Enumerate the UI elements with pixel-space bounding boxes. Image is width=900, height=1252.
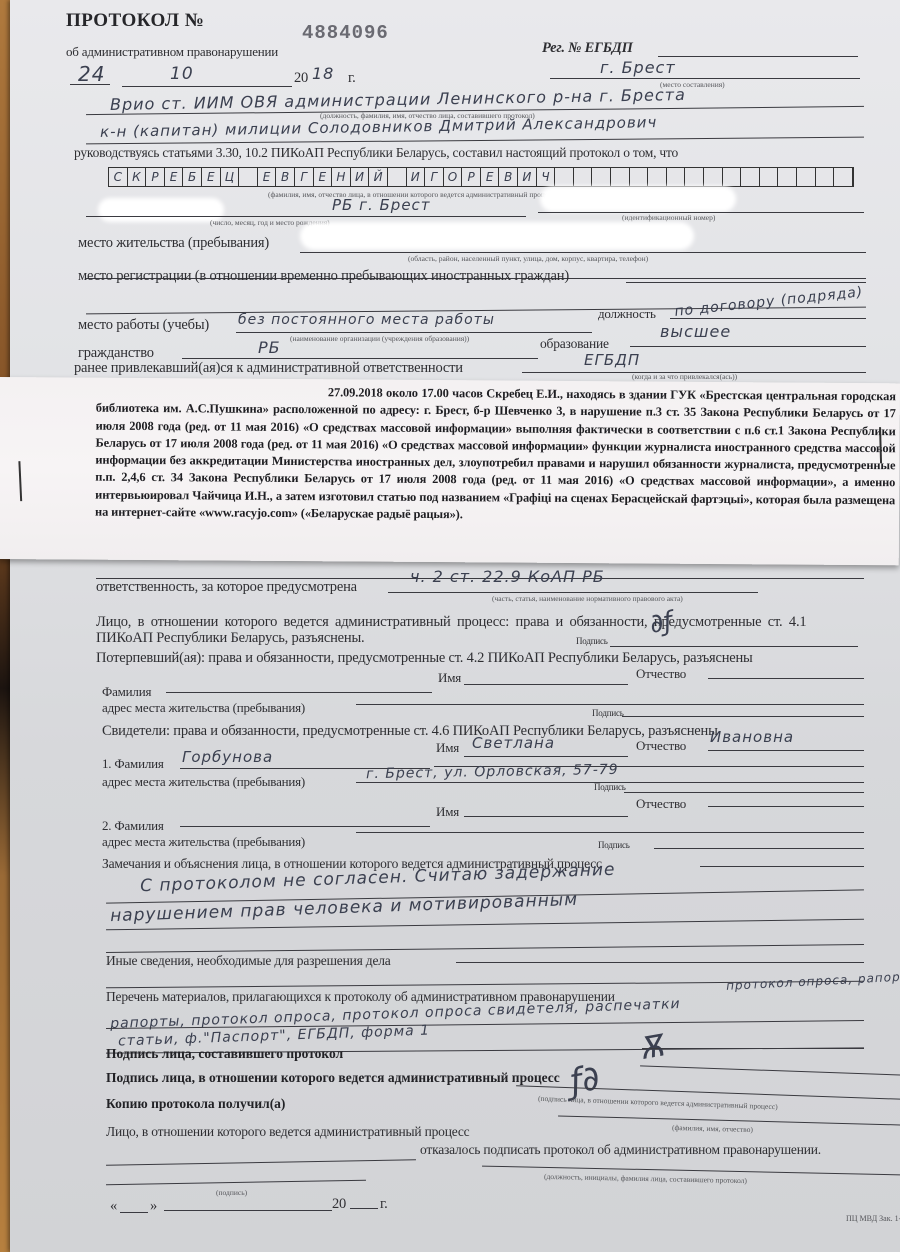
witness1-address-label: адрес места жительства (пребывания) bbox=[102, 774, 305, 790]
protocol-title: ПРОТОКОЛ № bbox=[66, 10, 204, 32]
name-char-box[interactable] bbox=[685, 168, 704, 186]
redacted-residence bbox=[300, 222, 694, 250]
liability-caption: (часть, статья, наименование нормативног… bbox=[492, 594, 683, 603]
name-char-box[interactable]: И bbox=[351, 168, 370, 186]
witness2-name-label: Имя bbox=[436, 804, 459, 820]
final-date-year-field[interactable] bbox=[350, 1208, 378, 1209]
witness1-patronymic-field[interactable] bbox=[708, 750, 864, 751]
date-year-prefix: 20 bbox=[294, 70, 308, 87]
refused-text: отказалось подписать протокол об админис… bbox=[420, 1142, 821, 1158]
education-label: образование bbox=[540, 336, 609, 352]
signature-field[interactable] bbox=[106, 1180, 366, 1186]
name-char-box[interactable]: Р bbox=[462, 168, 481, 186]
final-date-month-field[interactable] bbox=[164, 1210, 332, 1211]
witness2-address-label: адрес места жительства (пребывания) bbox=[102, 834, 305, 850]
victim-surname-field[interactable] bbox=[166, 692, 432, 693]
witness2-signature-label: Подпись bbox=[598, 840, 630, 850]
victim-name-field[interactable] bbox=[464, 684, 628, 685]
name-char-box[interactable]: Й bbox=[369, 168, 388, 186]
reg-number-label: Рег. № ЕГБДП bbox=[542, 40, 633, 57]
person-caption: (фамилия, имя, отчество) bbox=[672, 1123, 753, 1134]
margin-mark-left bbox=[18, 461, 22, 501]
position-field[interactable] bbox=[670, 318, 866, 319]
date-year-suffix: 18 bbox=[312, 64, 334, 83]
position-label: должность bbox=[598, 306, 656, 322]
person-label: Лицо, в отношении которого ведется админ… bbox=[106, 1124, 469, 1140]
name-char-box[interactable]: Е bbox=[258, 168, 277, 186]
name-char-box[interactable]: Е bbox=[314, 168, 333, 186]
liability-value: ч. 2 ст. 22.9 КоАП РБ bbox=[410, 567, 605, 586]
work-field[interactable] bbox=[236, 332, 592, 333]
victim-patronymic-field[interactable] bbox=[708, 678, 864, 679]
residence-label: место жительства (пребывания) bbox=[78, 235, 269, 252]
name-char-box[interactable] bbox=[555, 168, 574, 186]
other-info-field[interactable] bbox=[456, 962, 864, 963]
witness1-name-value: Светлана bbox=[472, 734, 555, 752]
subject-name-boxes[interactable]: СКРЕБЕЦ ЕВГЕНИЙ ИГОРЕВИЧ bbox=[108, 167, 854, 187]
witness2-patronymic-field[interactable] bbox=[708, 806, 864, 807]
victim-patronymic-label: Отчество bbox=[636, 666, 686, 682]
protocol-subtitle: об административном правонарушении bbox=[66, 44, 278, 60]
final-date-quote-close: » bbox=[150, 1198, 157, 1215]
work-caption: (наименование организации (учреждения об… bbox=[290, 334, 469, 343]
liability-field[interactable] bbox=[388, 592, 758, 593]
copy-received-label: Копию протокола получил(а) bbox=[106, 1096, 285, 1112]
witness1-signature-label: Подпись bbox=[594, 782, 626, 792]
witness1-name-label: Имя bbox=[436, 740, 459, 756]
name-char-box[interactable]: Р bbox=[146, 168, 165, 186]
place-value: г. Брест bbox=[600, 58, 676, 77]
date-day-line bbox=[70, 84, 110, 85]
witness1-address-value: г. Брест, ул. Орловская, 57-79 bbox=[366, 762, 619, 782]
birth-place-value: РБ г. Брест bbox=[332, 196, 431, 214]
name-char-box[interactable]: О bbox=[444, 168, 463, 186]
remarks-value-line2: нарушением прав человека и мотивированны… bbox=[110, 890, 579, 926]
rights-text-2: ПИКоАП Республики Беларусь, разъяснены. bbox=[96, 630, 364, 647]
victim-surname-label: Фамилия bbox=[102, 684, 151, 700]
residence-caption: (область, район, населенный пункт, улица… bbox=[408, 254, 648, 263]
name-char-box[interactable] bbox=[239, 168, 258, 186]
name-char-box[interactable]: И bbox=[518, 168, 537, 186]
name-char-box[interactable] bbox=[760, 168, 779, 186]
prior-label: ранее привлекавший(ая)ся к административ… bbox=[74, 360, 463, 377]
witness1-patronymic-label: Отчество bbox=[636, 738, 686, 754]
name-char-box[interactable] bbox=[778, 168, 797, 186]
subject-signature-mark: ∂ƒ bbox=[648, 606, 675, 639]
name-char-box[interactable] bbox=[630, 168, 649, 186]
position-value: по договору (подряда) bbox=[674, 284, 864, 320]
victim-signature-field[interactable] bbox=[622, 716, 864, 717]
victim-address-label: адрес места жительства (пребывания) bbox=[102, 700, 305, 716]
citizenship-value: РБ bbox=[258, 338, 281, 357]
work-label: место работы (учебы) bbox=[78, 317, 209, 334]
prior-caption: (когда и за что привлекался(ась)) bbox=[632, 372, 737, 381]
victim-address-field[interactable] bbox=[356, 704, 864, 705]
residence-field[interactable] bbox=[300, 252, 866, 253]
witness2-surname-label: 2. Фамилия bbox=[102, 818, 164, 834]
name-char-box[interactable]: В bbox=[499, 168, 518, 186]
copy-caption: (подпись лица, в отношении которого веде… bbox=[538, 1094, 778, 1111]
compiler-name-value: к-н (капитан) милиции Солодовников Дмитр… bbox=[100, 113, 658, 141]
name-char-box[interactable]: Н bbox=[332, 168, 351, 186]
victim-name-label: Имя bbox=[438, 670, 461, 686]
remarks-field[interactable] bbox=[700, 866, 864, 867]
citizenship-field[interactable] bbox=[182, 358, 538, 359]
witness2-surname-field[interactable] bbox=[180, 826, 430, 827]
name-char-box[interactable]: Ц bbox=[221, 168, 240, 186]
name-char-box[interactable] bbox=[816, 168, 835, 186]
final-date-day-field[interactable] bbox=[120, 1212, 148, 1213]
compiler-signature-field[interactable] bbox=[642, 1048, 864, 1049]
witness2-patronymic-label: Отчество bbox=[636, 796, 686, 812]
witness2-signature-field[interactable] bbox=[654, 848, 864, 849]
birth-field[interactable] bbox=[86, 216, 526, 217]
subject-rights-signature-field[interactable] bbox=[610, 646, 858, 647]
pasted-violation-description: 27.09.2018 около 17.00 часов Скребец Е.И… bbox=[0, 377, 900, 565]
materials-value-line1: протокол опроса, рапорт, bbox=[726, 969, 900, 993]
prior-value: ЕГБДП bbox=[584, 351, 640, 369]
final-date-year-prefix: 20 bbox=[332, 1196, 346, 1213]
name-char-box[interactable] bbox=[592, 168, 611, 186]
victim-signature-label: Подпись bbox=[592, 708, 624, 718]
guided-text: руководствуясь статьями 3.30, 10.2 ПИКоА… bbox=[74, 145, 678, 161]
rights-text-1: Лицо, в отношении которого ведется админ… bbox=[96, 614, 806, 631]
registration-field[interactable] bbox=[626, 282, 866, 283]
name-char-box[interactable]: Е bbox=[202, 168, 221, 186]
name-char-box[interactable]: К bbox=[128, 168, 147, 186]
date-month: 10 bbox=[170, 64, 194, 84]
protocol-form: ПРОТОКОЛ № 4884096 об административном п… bbox=[10, 0, 900, 1252]
name-char-box[interactable]: И bbox=[407, 168, 426, 186]
date-year-unit: г. bbox=[348, 70, 356, 87]
signature-caption: (подпись) bbox=[216, 1188, 247, 1197]
name-char-box[interactable] bbox=[704, 168, 723, 186]
victim-header: Потерпевший(ая): права и обязанности, пр… bbox=[96, 650, 753, 667]
refused-person-field[interactable] bbox=[106, 1159, 416, 1165]
date-day: 24 bbox=[78, 62, 105, 86]
name-char-box[interactable]: Е bbox=[481, 168, 500, 186]
witness2-address-field[interactable] bbox=[356, 832, 864, 833]
other-line-0 bbox=[106, 944, 864, 953]
name-char-box[interactable] bbox=[611, 168, 630, 186]
witness1-patronymic-value: Ивановна bbox=[710, 728, 794, 746]
witness2-name-field[interactable] bbox=[464, 816, 628, 817]
final-date-year-unit: г. bbox=[380, 1196, 388, 1213]
subject-signature-label: Подпись bbox=[576, 636, 608, 646]
witness1-surname-label: 1. Фамилия bbox=[102, 756, 164, 772]
name-char-box[interactable]: Г bbox=[295, 168, 314, 186]
reg-number-field[interactable] bbox=[658, 56, 858, 57]
name-char-box[interactable]: С bbox=[109, 168, 128, 186]
witness1-signature-field[interactable] bbox=[624, 792, 864, 793]
education-value: высшее bbox=[660, 322, 731, 341]
name-char-box[interactable] bbox=[648, 168, 667, 186]
final-date-quote-open: « bbox=[110, 1198, 117, 1215]
name-char-box[interactable]: Г bbox=[425, 168, 444, 186]
violation-description-text: 27.09.2018 около 17.00 часов Скребец Е.И… bbox=[95, 383, 896, 527]
id-caption: (идентификационный номер) bbox=[622, 213, 715, 222]
liability-label: ответственность, за которое предусмотрен… bbox=[96, 579, 357, 596]
name-char-box[interactable]: Б bbox=[183, 168, 202, 186]
date-month-line bbox=[122, 86, 292, 87]
place-field[interactable] bbox=[550, 78, 860, 79]
name-char-box[interactable] bbox=[667, 168, 686, 186]
name-char-box[interactable]: Ч bbox=[537, 168, 556, 186]
officer-caption: (должность, инициалы, фамилия лица, сост… bbox=[544, 1172, 747, 1185]
redacted-id-number bbox=[540, 186, 736, 212]
other-info-label: Иные сведения, необходимые для разрешени… bbox=[106, 953, 391, 969]
witness1-name-field[interactable] bbox=[464, 756, 628, 757]
name-char-box[interactable] bbox=[741, 168, 760, 186]
name-char-box[interactable] bbox=[388, 168, 407, 186]
name-char-box[interactable] bbox=[723, 168, 742, 186]
subject-final-signature-label: Подпись лица, в отношении которого ведет… bbox=[106, 1070, 560, 1086]
education-field[interactable] bbox=[630, 346, 866, 347]
subject-final-signature-field[interactable] bbox=[640, 1065, 900, 1075]
name-char-box[interactable]: В bbox=[276, 168, 295, 186]
name-char-box[interactable]: Е bbox=[165, 168, 184, 186]
name-char-box[interactable] bbox=[797, 168, 816, 186]
form-code: ПЦ МВД Зак. 1-р bbox=[846, 1214, 900, 1223]
work-value: без постоянного места работы bbox=[238, 312, 495, 328]
compiler-signature-label: Подпись лица, составившего протокол bbox=[106, 1046, 343, 1062]
protocol-number: 4884096 bbox=[302, 22, 389, 44]
name-char-box[interactable] bbox=[574, 168, 593, 186]
registration-label: место регистрации (в отношении временно … bbox=[78, 268, 569, 285]
name-char-box[interactable] bbox=[834, 168, 853, 186]
witness1-surname-value: Горбунова bbox=[182, 748, 273, 766]
witnesses-header: Свидетели: права и обязанности, предусмо… bbox=[102, 723, 718, 740]
redacted-birthdate bbox=[98, 198, 224, 222]
